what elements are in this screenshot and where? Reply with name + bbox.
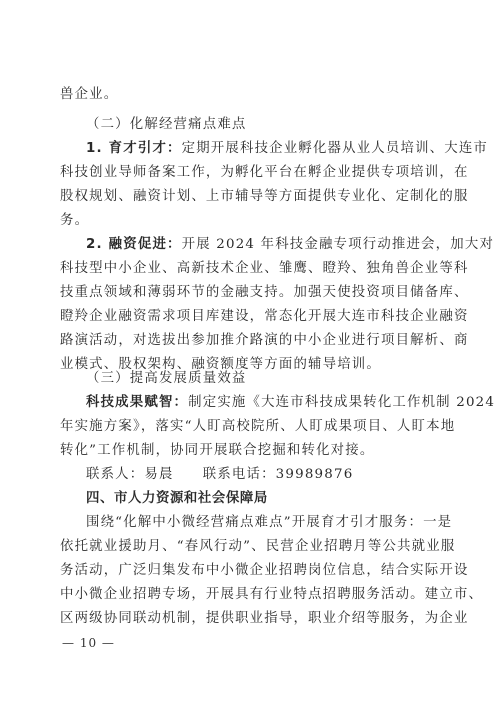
page-number: — 10 — — [62, 636, 115, 650]
section-heading-2: （二）化解经营痛点难点 — [86, 116, 442, 134]
body-line: 围绕“化解中小微经营痛点难点”开展育才引才服务：一是 — [86, 514, 442, 532]
body-line: 科技型中小企业、高新技术企业、雏鹰、瞪羚、独角兽企业等科 — [60, 260, 442, 278]
body-line: 中小微企业招聘专场，开展具有行业特点招聘服务活动。建立市、 — [60, 586, 442, 604]
section-heading-3: （三）提高发展质量效益 — [86, 370, 442, 388]
item-finance-text: 开展 2024 年科技金融专项行动推进会，加大对 — [182, 237, 494, 252]
body-line: 技重点领域和薄弱环节的金融支持。加强天使投资项目储备库、 — [60, 284, 442, 302]
body-line: 股权规划、融资计划、上市辅导等方面提供专业化、定制化的服 — [60, 188, 442, 206]
item-talent-line: 1. 育才引才：定期开展科技企业孵化器从业人员培训、大连市 — [86, 140, 442, 158]
paragraph-continuation: 兽企业。 — [60, 86, 442, 104]
body-line: 务活动，广泛归集发布中小微企业招聘岗位信息，结合实际开设 — [60, 562, 442, 580]
document-page: 兽企业。 （二）化解经营痛点难点 1. 育才引才：定期开展科技企业孵化器从业人员… — [0, 0, 500, 707]
item-tech-text: 制定实施《大连市科技成果转化工作机制 2024 — [188, 395, 495, 410]
body-line: 年实施方案》，落实“人盯高校院所、人盯成果项目、人盯本地 — [60, 418, 442, 436]
item-finance-lead: 2. 融资促进： — [86, 237, 182, 252]
item-tech-lead: 科技成果赋智： — [86, 395, 188, 410]
item-talent-text: 定期开展科技企业孵化器从业人员培训、大连市 — [182, 141, 488, 156]
body-line: 路演活动，对选拔出参加推介路演的中小企业进行项目解析、商 — [60, 332, 442, 350]
item-tech-line: 科技成果赋智：制定实施《大连市科技成果转化工作机制 2024 — [86, 394, 442, 412]
contact-line: 联系人：易晨 联系电话：39989876 — [86, 466, 442, 484]
body-line: 转化”工作机制，协同开展联合挖掘和转化对接。 — [60, 442, 442, 460]
body-line: 瞪羚企业融资需求项目库建设，常态化开展大连市科技企业融资 — [60, 308, 442, 326]
body-line: 依托就业援助月、“春风行动”、民营企业招聘月等公共就业服 — [60, 538, 442, 556]
body-line: 务。 — [60, 212, 442, 230]
body-line: 区两级协同联动机制，提供职业指导，职业介绍等服务，为企业 — [60, 610, 442, 628]
item-finance-line: 2. 融资促进：开展 2024 年科技金融专项行动推进会，加大对 — [86, 236, 442, 254]
item-talent-lead: 1. 育才引才： — [86, 141, 182, 156]
section-heading-4: 四、市人力资源和社会保障局 — [86, 490, 442, 508]
body-line: 科技创业导师备案工作，为孵化平台在孵企业提供专项培训，在 — [60, 164, 442, 182]
